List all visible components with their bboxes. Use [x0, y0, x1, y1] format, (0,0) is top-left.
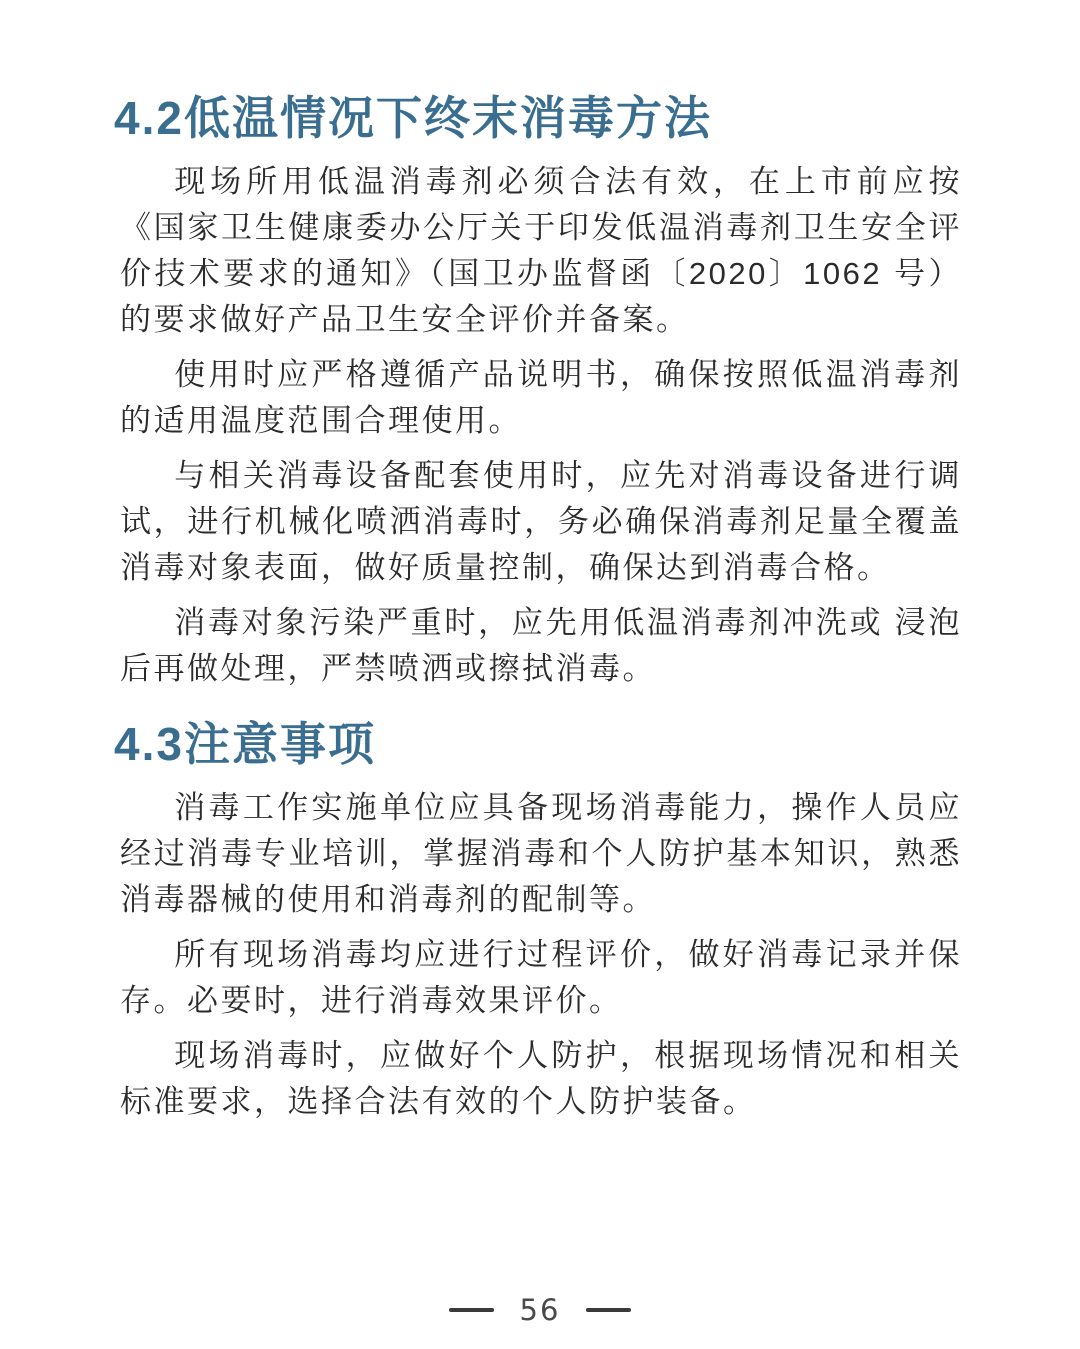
page-footer: 56	[0, 1293, 1080, 1327]
section-heading-4-2: 4.2低温情况下终末消毒方法	[114, 92, 962, 145]
paragraph: 使用时应严格遵循产品说明书，确保按照低温消毒剂的适用温度范围合理使用。	[120, 352, 962, 444]
paragraph: 消毒对象污染严重时，应先用低温消毒剂冲洗或 浸泡后再做处理，严禁喷洒或擦拭消毒。	[120, 600, 962, 692]
footer-dash-left	[449, 1308, 494, 1312]
page-number: 56	[520, 1293, 561, 1327]
footer-dash-right	[586, 1308, 631, 1312]
paragraph: 所有现场消毒均应进行过程评价，做好消毒记录并保存。必要时，进行消毒效果评价。	[120, 932, 962, 1024]
paragraph: 现场所用低温消毒剂必须合法有效，在上市前应按《国家卫生健康委办公厅关于印发低温消…	[120, 159, 962, 343]
paragraph: 现场消毒时，应做好个人防护，根据现场情况和相关标准要求，选择合法有效的个人防护装…	[120, 1033, 962, 1125]
document-page: 4.2低温情况下终末消毒方法 现场所用低温消毒剂必须合法有效，在上市前应按《国家…	[0, 0, 1080, 1349]
paragraph: 与相关消毒设备配套使用时，应先对消毒设备进行调试，进行机械化喷洒消毒时，务必确保…	[120, 453, 962, 591]
section-heading-4-3: 4.3注意事项	[114, 718, 962, 771]
paragraph: 消毒工作实施单位应具备现场消毒能力，操作人员应经过消毒专业培训，掌握消毒和个人防…	[120, 785, 962, 923]
